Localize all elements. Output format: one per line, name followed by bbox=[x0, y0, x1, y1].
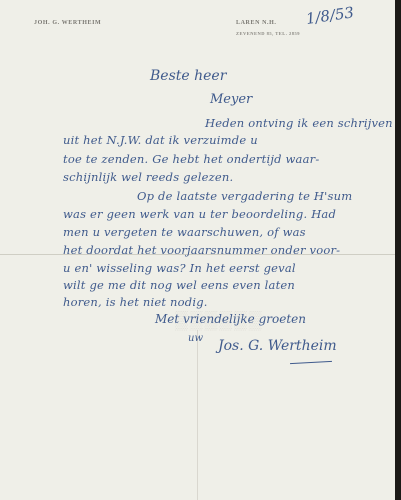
body-line: Op de laatste vergadering te H'sum bbox=[137, 189, 352, 203]
body-line: uit het N.J.W. dat ik verzuimde u bbox=[63, 133, 258, 147]
body-line: men u vergeten te waarschuwen, of was bbox=[63, 225, 306, 239]
body-line: wilt ge me dit nog wel eens even laten bbox=[63, 278, 295, 292]
body-line: horen, is het niet nodig. bbox=[63, 295, 208, 309]
closing-line: Met vriendelijke groeten bbox=[155, 312, 306, 326]
letterhead-name: JOH. G. WERTHEIM bbox=[34, 20, 101, 26]
body-line: schijnlijk wel reeds gelezen. bbox=[63, 170, 233, 184]
body-line: u en' wisseling was? In het eerst geval bbox=[63, 261, 296, 275]
closing-uw: uw bbox=[188, 333, 203, 344]
letterhead-place: LAREN N.H. bbox=[236, 20, 277, 26]
body-line: toe te zenden. Ge hebt het ondertijd waa… bbox=[63, 152, 319, 166]
body-line: het doordat het voorjaarsnummer onder vo… bbox=[63, 243, 340, 257]
signature: Jos. G. Wertheim bbox=[218, 338, 337, 354]
body-line: was er geen werk van u ter beoordeling. … bbox=[63, 207, 336, 221]
body-line: Heden ontving ik een schrijven bbox=[205, 116, 393, 130]
page-edge-shadow bbox=[395, 0, 401, 500]
salutation-line-2: Meyer bbox=[210, 92, 252, 107]
letterhead-address: ZEVENEND 85, TEL. 2859 bbox=[236, 31, 300, 36]
salutation-line-1: Beste heer bbox=[150, 68, 226, 84]
fold-crease-vertical bbox=[197, 330, 198, 500]
